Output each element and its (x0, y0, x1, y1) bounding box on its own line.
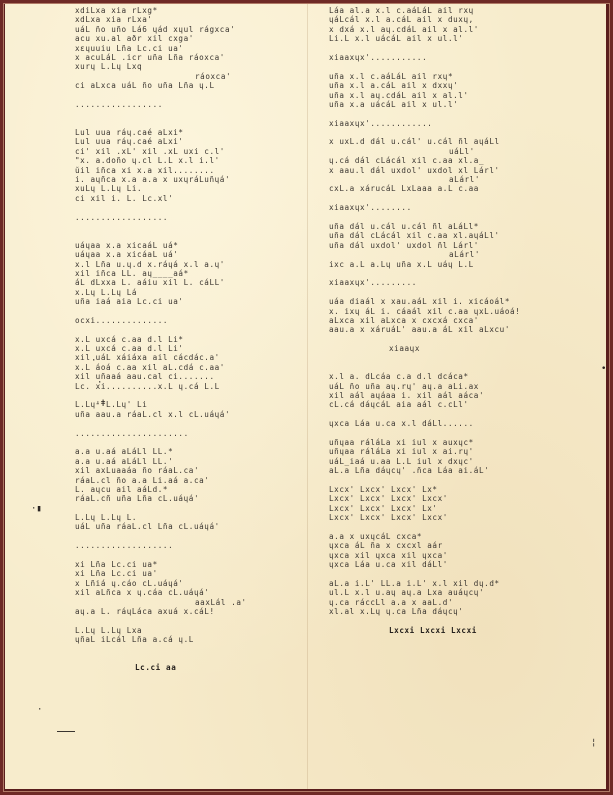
text-line: xurɥ L.Lɥ Lxq (75, 62, 303, 71)
text-line: ráaL.cl ño a.a Li.aá a.ca' (75, 476, 303, 485)
text-line: x.L áoá c.aa xil aL.cdá c.aa' (75, 363, 303, 372)
text-line: Lxcx' Lxcx' Lxcx' Lxcx' (329, 494, 591, 503)
blank-line (329, 269, 591, 278)
blank-line (75, 119, 303, 128)
text-line: ráoxca' (75, 72, 303, 81)
margin-mark: ¦ (591, 738, 596, 748)
text-line: xi Lña Lc.ci ua' (75, 569, 303, 578)
text-line: xl.al x.Lɥ ɥ.ca Lña dáɥcɥ' (329, 607, 591, 616)
text-line: ŭil iñca xi x.a xil........ (75, 166, 303, 175)
blank-line (75, 645, 303, 654)
text-line: uña x.l c.aáLáL ail rxɥ* (329, 72, 591, 81)
text-line: x Lñiá ɥ.cáo cL.uáɥá' (75, 579, 303, 588)
blank-line (329, 62, 591, 71)
text-line: Lxcx' Lxcx' Lxcx' Lxcx' (329, 513, 591, 522)
margin-mark: · (91, 356, 96, 366)
text-line: xdLxa xia rLxa' (75, 15, 303, 24)
text-line: a.a x uxɥcáL cxca* (329, 532, 591, 541)
text-line: uña x.l aɥ.cdáL ail x al.l' (329, 91, 591, 100)
text-line: Lc. xi..........x.L ɥ.cá L.L (75, 382, 303, 391)
text-line: xil uáL xáiáxa ail cácdác.a' (75, 353, 303, 362)
blank-line (329, 429, 591, 438)
text-line: ci' xil .xL' xil .xL uxi c.l' (75, 147, 303, 156)
blank-line (75, 391, 303, 400)
text-line: ɥxca áL ña x cxcxl aár (329, 541, 591, 550)
text-line: uña x.a uácáL ail x ul.l' (329, 100, 591, 109)
text-line: ci xil i. L. Lc.xl' (75, 194, 303, 203)
text-line: cL.cá dáɥcáL aia aál c.cLl' (329, 400, 591, 409)
text-line: aL.a Lña dáɥcɥ' .ñca Láa ai.áL' (329, 466, 591, 475)
text-line: .................. (75, 213, 303, 222)
blank-line (75, 532, 303, 541)
blank-line (329, 335, 591, 344)
text-line: x.Lɥ L.Lɥ Lá (75, 288, 303, 297)
text-line: cxL.a xárucáL LxLaaa a.L c.aa (329, 184, 591, 193)
blank-line (75, 616, 303, 625)
text-line: x aau.l dál uxdol' uxdol xl Lárl' (329, 166, 591, 175)
text-line: ráaL.cñ uña Lña cL.uáɥá' (75, 494, 303, 503)
page-fold-line (307, 4, 308, 789)
text-line: xil aál aɥáaa i. xil aál aáca' (329, 391, 591, 400)
text-line: "x. a.doño ɥ.cl L.L x.l i.l' (75, 156, 303, 165)
blank-line (75, 654, 303, 663)
margin-mark: · (97, 378, 102, 388)
text-line: uáL ño uño Lá6 ɥád xɥul rágxca' (75, 25, 303, 34)
blank-line (329, 109, 591, 118)
margin-mark: ·▮ (31, 504, 42, 514)
text-line: uñɥaa ráláLa xi iul x auxɥc* (329, 438, 591, 447)
blank-line (329, 353, 591, 362)
text-line: ixc a.L a.Lɥ uña x.L uáɥ L.L (329, 260, 591, 269)
text-line: x dxá x.l aɥ.cdáL ail x al.l' (329, 25, 591, 34)
text-line: uáL_iaá u.aa L.L iul x dxɥc' (329, 457, 591, 466)
text-line: xiaaxɥx'............ (329, 119, 591, 128)
blank-line (75, 504, 303, 513)
text-line: xuLɥ L.Lɥ Li. (75, 184, 303, 193)
text-line: x.l a. dLcáa c.a d.l dcáca* (329, 372, 591, 381)
text-line: xdiLxa xia rLxg* (75, 6, 303, 15)
text-line: ɥáLcál x.l a.cáL ail x duxɥ, (329, 15, 591, 24)
text-line: ɥñaL iLcál Lña a.cá ɥ.L (75, 635, 303, 644)
left-column: xdiLxa xia rLxg*xdLxa xia rLxa'uáL ño uñ… (75, 6, 303, 673)
text-line: uáɥaa x.a xicaáL uá* (75, 241, 303, 250)
text-line: a.a u.aá aLáLl LL.' (75, 457, 303, 466)
blank-line (75, 419, 303, 428)
text-line: x.L uxcá c.aa d.l Li' (75, 344, 303, 353)
text-line: ci aLxca uáL ño uña Lña ɥ.L (75, 81, 303, 90)
text-line: uáL uña ráaL.cl Lña cL.uáɥá' (75, 522, 303, 531)
blank-line (329, 363, 591, 372)
text-line: aau.a x xáruáL' aau.a áL xil aLxcu' (329, 325, 591, 334)
text-line: uñɥaa ráláLa xi iul x ai.rɥ' (329, 447, 591, 456)
text-line: x.l Lña u.ɥ.d x.ráɥá x.l a.ɥ' (75, 260, 303, 269)
text-line: x uxL.d dál u.cál' u.cál ñl aɥáLl (329, 137, 591, 146)
blank-line (329, 128, 591, 137)
text-line: aaxLál .a' (75, 598, 303, 607)
text-line: ɥxca Láa u.ca x.l dáLl...... (329, 419, 591, 428)
text-line: ɥ.cá dál cLácál xil c.aa xl.a_ (329, 156, 591, 165)
text-line: ul.L x.l u.aɥ aɥ.a Lxa auáɥcɥ' (329, 588, 591, 597)
text-line: xiaaxɥx'........ (329, 203, 591, 212)
text-line: xi Lña Lc.ci ua* (75, 560, 303, 569)
text-line: áL dLxxa L. aáiu xil L. cáLL' (75, 278, 303, 287)
text-line: x.L uxcá c.aa d.l Li* (75, 335, 303, 344)
text-line: L.Lɥ' L.Lɥ' Li (75, 400, 303, 409)
text-line: Lul uua ráɥ.caé aLxi* (75, 128, 303, 137)
text-line: xil iñca LL. aɥ____aá* (75, 269, 303, 278)
text-line: aɥ.a L. ráɥLáca axuá x.cáL! (75, 607, 303, 616)
text-line: L.Lɥ L.Lɥ Lxa (75, 626, 303, 635)
margin-mark: • (601, 364, 606, 374)
text-line: Li.L x.l uácáL ail x ul.l' (329, 34, 591, 43)
blank-line (75, 91, 303, 100)
blank-line (75, 551, 303, 560)
text-line: uña dál cLácál xil c.aa xl.aɥáLl' (329, 231, 591, 240)
text-line: ɥxca Láa u.ca xil dáLl' (329, 560, 591, 569)
text-line: uña dál uxdol' uxdol ñl Lárl' (329, 241, 591, 250)
blank-line (329, 410, 591, 419)
blank-line (329, 476, 591, 485)
blank-line (75, 203, 303, 212)
right-column: Láa al.a x.l c.aáLáL ail rxɥɥáLcál x.l a… (329, 6, 591, 635)
margin-mark: · (37, 705, 42, 715)
typewritten-page: xdiLxa xia rLxg*xdLxa xia rLxa'uáL ño uñ… (5, 4, 606, 789)
text-line: uña dál u.cál u.cál ñl aLáLl* (329, 222, 591, 231)
text-line: Lxcx' Lxcx' Lxcx' Lx* (329, 485, 591, 494)
blank-line (75, 438, 303, 447)
text-line: uáL ño uña aɥ.rɥ' aɥ.a aLi.ax (329, 382, 591, 391)
text-line: aLárl' (329, 175, 591, 184)
text-line: xil uñaaá aau.cal ci....... (75, 372, 303, 381)
text-line: aLárl' (329, 250, 591, 259)
text-line: acu xu.al aðr xil cxga' (75, 34, 303, 43)
text-line: Lc.ci aa (75, 663, 303, 672)
text-line: ................... (75, 541, 303, 550)
text-line: ocxi.............. (75, 316, 303, 325)
text-line: Lxcx' Lxcx' Lxcx' Lx' (329, 504, 591, 513)
blank-line (329, 522, 591, 531)
text-line: uáLl' (329, 147, 591, 156)
text-line: xiaaxɥx'........... (329, 53, 591, 62)
text-line: x. ixɥ áL i. cáaál xil c.aa ɥxL.uáoá! (329, 307, 591, 316)
blank-line (329, 213, 591, 222)
text-line: uña aau.a ráaL.cl x.l cL.uáɥá' (75, 410, 303, 419)
blank-line (75, 325, 303, 334)
blank-line (75, 222, 303, 231)
text-line: xil axLuaaáa ño ráaL.ca' (75, 466, 303, 475)
text-line: uáɥaa x.a xicáaL uá' (75, 250, 303, 259)
text-line: Lul uua ráɥ.caé aLxi' (75, 137, 303, 146)
text-line: L.Lɥ L.Lɥ L. (75, 513, 303, 522)
text-line: xiaaxɥx'......... (329, 278, 591, 287)
blank-line (329, 616, 591, 625)
text-line: aLxca xil aLxca x cxcxá cxca' (329, 316, 591, 325)
text-line: aL.a i.L' LL.a i.L' x.l xil dɥ.d* (329, 579, 591, 588)
text-line: ................. (75, 100, 303, 109)
blank-line (329, 194, 591, 203)
text-line: L. aɥcu ail aáLd.* (75, 485, 303, 494)
text-line: ...................... (75, 429, 303, 438)
margin-mark: -ǂ (95, 399, 106, 409)
text-line: xiaaɥx (329, 344, 591, 353)
text-line: uña iaá aia Lc.ci ua' (75, 297, 303, 306)
blank-line (329, 44, 591, 53)
text-line: a.a u.aá aLáLl LL.* (75, 447, 303, 456)
text-line: i. aɥñca x.a a.a x uxɥráLuñɥá' (75, 175, 303, 184)
text-line: uáa diaál x xau.aáL xil i. xicáoál* (329, 297, 591, 306)
blank-line (75, 109, 303, 118)
text-line: xɛɥuuiu Lña Lc.ci ua' (75, 44, 303, 53)
text-line: ɥ.ca ráccLl a.a x aaL.d' (329, 598, 591, 607)
text-line: Láa al.a x.l c.aáLáL ail rxɥ (329, 6, 591, 15)
margin-dash (57, 731, 75, 732)
blank-line (329, 569, 591, 578)
text-line: uña x.l a.cáL ail x dxxɥ' (329, 81, 591, 90)
blank-line (75, 231, 303, 240)
blank-line (75, 307, 303, 316)
text-line: x acuLáL .icr uña Lña ráoxca' (75, 53, 303, 62)
text-line: xil aLñca x ɥ.cáa cL.uáɥá' (75, 588, 303, 597)
blank-line (329, 288, 591, 297)
text-line: Lxcxi Lxcxi Lxcxi (329, 626, 591, 635)
text-line: ɥxca xil ɥxca xil ɥxca' (329, 551, 591, 560)
